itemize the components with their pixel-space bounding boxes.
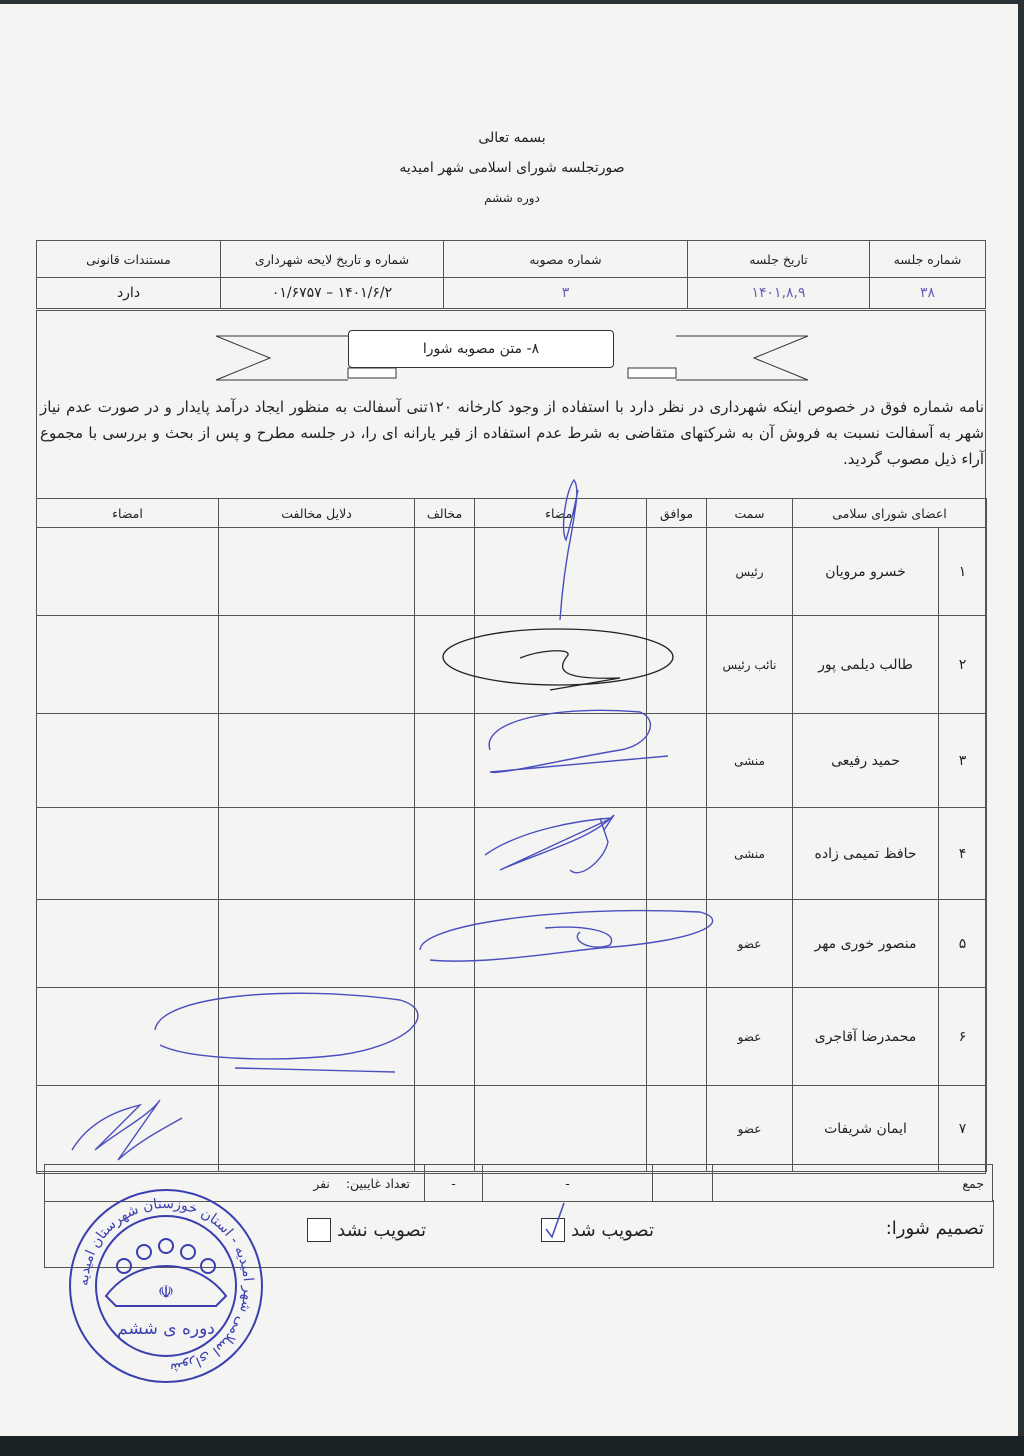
approved-checkbox[interactable] (541, 1218, 565, 1242)
disagree-cell (415, 988, 475, 1086)
resolution-number-value: ۳ (444, 278, 688, 309)
agree-cell (647, 528, 707, 616)
total-disagree: - (425, 1165, 483, 1202)
disagree-cell (415, 808, 475, 900)
member-row: ۵ منصور خوری مهر عضو (37, 900, 987, 988)
header-disagree-signature: امضاء (37, 499, 219, 528)
member-name: حافظ تمیمی زاده (793, 808, 939, 900)
disagree-signature-cell (37, 808, 219, 900)
member-row: ۴ حافظ تمیمی زاده منشی (37, 808, 987, 900)
disagree-reason-cell (219, 714, 415, 808)
disagree-reason-cell (219, 988, 415, 1086)
member-name: طالب دیلمی پور (793, 616, 939, 714)
disagree-signature-cell (37, 714, 219, 808)
agree-cell (647, 616, 707, 714)
agree-signature-cell (475, 900, 647, 988)
member-name: ایمان شریفات (793, 1086, 939, 1172)
member-row: ۱ خسرو مرویان رئیس (37, 528, 987, 616)
header-session-number: شماره جلسه (870, 241, 986, 278)
rejected-label: تصویب نشد (337, 1220, 426, 1241)
member-name: منصور خوری مهر (793, 900, 939, 988)
member-position: عضو (707, 1086, 793, 1172)
total-label: جمع (713, 1165, 993, 1202)
header-bill-number-date: شماره و تاریخ لایحه شهرداری (221, 241, 444, 278)
section-title: ۸- متن مصوبه شورا (348, 330, 614, 368)
member-position: عضو (707, 900, 793, 988)
disagree-reason-cell (219, 528, 415, 616)
council-stamp-icon: ☫ دوره ی ششم شورای اسلامی شهر امیدیه - ا… (66, 1186, 266, 1386)
header-agree: موافق (647, 499, 707, 528)
header-resolution-number: شماره مصوبه (444, 241, 688, 278)
document-title: صورتجلسه شورای اسلامی شهر امیدیه (0, 160, 1024, 176)
agree-signature-cell (475, 714, 647, 808)
member-number: ۴ (939, 808, 987, 900)
member-row: ۲ طالب دیلمی پور نائب رئیس (37, 616, 987, 714)
disagree-cell (415, 528, 475, 616)
agree-cell (647, 714, 707, 808)
header-legal-documents: مستندات قانونی (37, 241, 221, 278)
bismillah-heading: بسمه تعالی (0, 130, 1024, 146)
header-members: اعضای شورای سلامی (793, 499, 987, 528)
absent-label: تعداد غایبین: (346, 1176, 410, 1191)
agree-signature-cell (475, 1086, 647, 1172)
disagree-cell (415, 616, 475, 714)
header-session-date: تاریخ جلسه (688, 241, 870, 278)
member-position: منشی (707, 714, 793, 808)
session-meta-table: شماره جلسه تاریخ جلسه شماره مصوبه شماره … (36, 240, 986, 309)
disagree-cell (415, 714, 475, 808)
checkmark-icon (542, 1201, 566, 1241)
member-number: ۵ (939, 900, 987, 988)
member-number: ۲ (939, 616, 987, 714)
disagree-reason-cell (219, 1086, 415, 1172)
member-number: ۷ (939, 1086, 987, 1172)
disagree-reason-cell (219, 808, 415, 900)
stamp-inner-text: دوره ی ششم (117, 1319, 215, 1339)
resolution-text: نامه شماره فوق در خصوص اینکه شهرداری در … (40, 394, 984, 472)
member-row: ۷ ایمان شریفات عضو (37, 1086, 987, 1172)
decision-label: تصمیم شورا: (886, 1218, 984, 1239)
disagree-cell (415, 1086, 475, 1172)
approved-label: تصویب شد (571, 1220, 654, 1241)
header-disagree: مخالف (415, 499, 475, 528)
disagree-signature-cell (37, 616, 219, 714)
header-disagree-reasons: دلایل مخالفت (219, 499, 415, 528)
agree-cell (647, 988, 707, 1086)
agree-signature-cell (475, 616, 647, 714)
scan-right-edge (1018, 0, 1024, 1456)
members-vote-table: اعضای شورای سلامی سمت موافق امضاء مخالف … (36, 498, 987, 1172)
total-agree-cell (653, 1165, 713, 1202)
total-agree-signature: - (483, 1165, 653, 1202)
disagree-reason-cell (219, 900, 415, 988)
scan-top-edge (0, 0, 1024, 4)
agree-cell (647, 900, 707, 988)
member-row: ۶ محمدرضا آقاجری عضو (37, 988, 987, 1086)
session-date-value: ۱۴۰۱,۸,۹ (688, 278, 870, 309)
disagree-signature-cell (37, 900, 219, 988)
bill-number-date-value: ۱۴۰۱/۶/۲ – ۰۱/۶۷۵۷ (221, 278, 444, 309)
member-number: ۳ (939, 714, 987, 808)
disagree-cell (415, 900, 475, 988)
disagree-signature-cell (37, 1086, 219, 1172)
member-position: رئیس (707, 528, 793, 616)
svg-text:☫: ☫ (158, 1282, 174, 1303)
legal-documents-value: دارد (37, 278, 221, 309)
member-position: نائب رئیس (707, 616, 793, 714)
rejected-checkbox[interactable] (307, 1218, 331, 1242)
disagree-reason-cell (219, 616, 415, 714)
member-name: خسرو مرویان (793, 528, 939, 616)
agree-signature-cell (475, 988, 647, 1086)
member-number: ۱ (939, 528, 987, 616)
member-position: منشی (707, 808, 793, 900)
absent-unit: نفر (313, 1176, 330, 1191)
session-number-value: ۳۸ (870, 278, 986, 309)
member-row: ۳ حمید رفیعی منشی (37, 714, 987, 808)
disagree-signature-cell (37, 528, 219, 616)
approved-option[interactable]: تصویب شد (541, 1218, 654, 1242)
member-position: عضو (707, 988, 793, 1086)
header-agree-signature: امضاء (475, 499, 647, 528)
agree-cell (647, 808, 707, 900)
member-name: حمید رفیعی (793, 714, 939, 808)
header-position: سمت (707, 499, 793, 528)
scan-bottom-edge (0, 1436, 1024, 1456)
member-number: ۶ (939, 988, 987, 1086)
member-name: محمدرضا آقاجری (793, 988, 939, 1086)
disagree-signature-cell (37, 988, 219, 1086)
agree-signature-cell (475, 528, 647, 616)
council-term: دوره ششم (0, 191, 1024, 205)
agree-signature-cell (475, 808, 647, 900)
rejected-option[interactable]: تصویب نشد (307, 1218, 426, 1242)
agree-cell (647, 1086, 707, 1172)
